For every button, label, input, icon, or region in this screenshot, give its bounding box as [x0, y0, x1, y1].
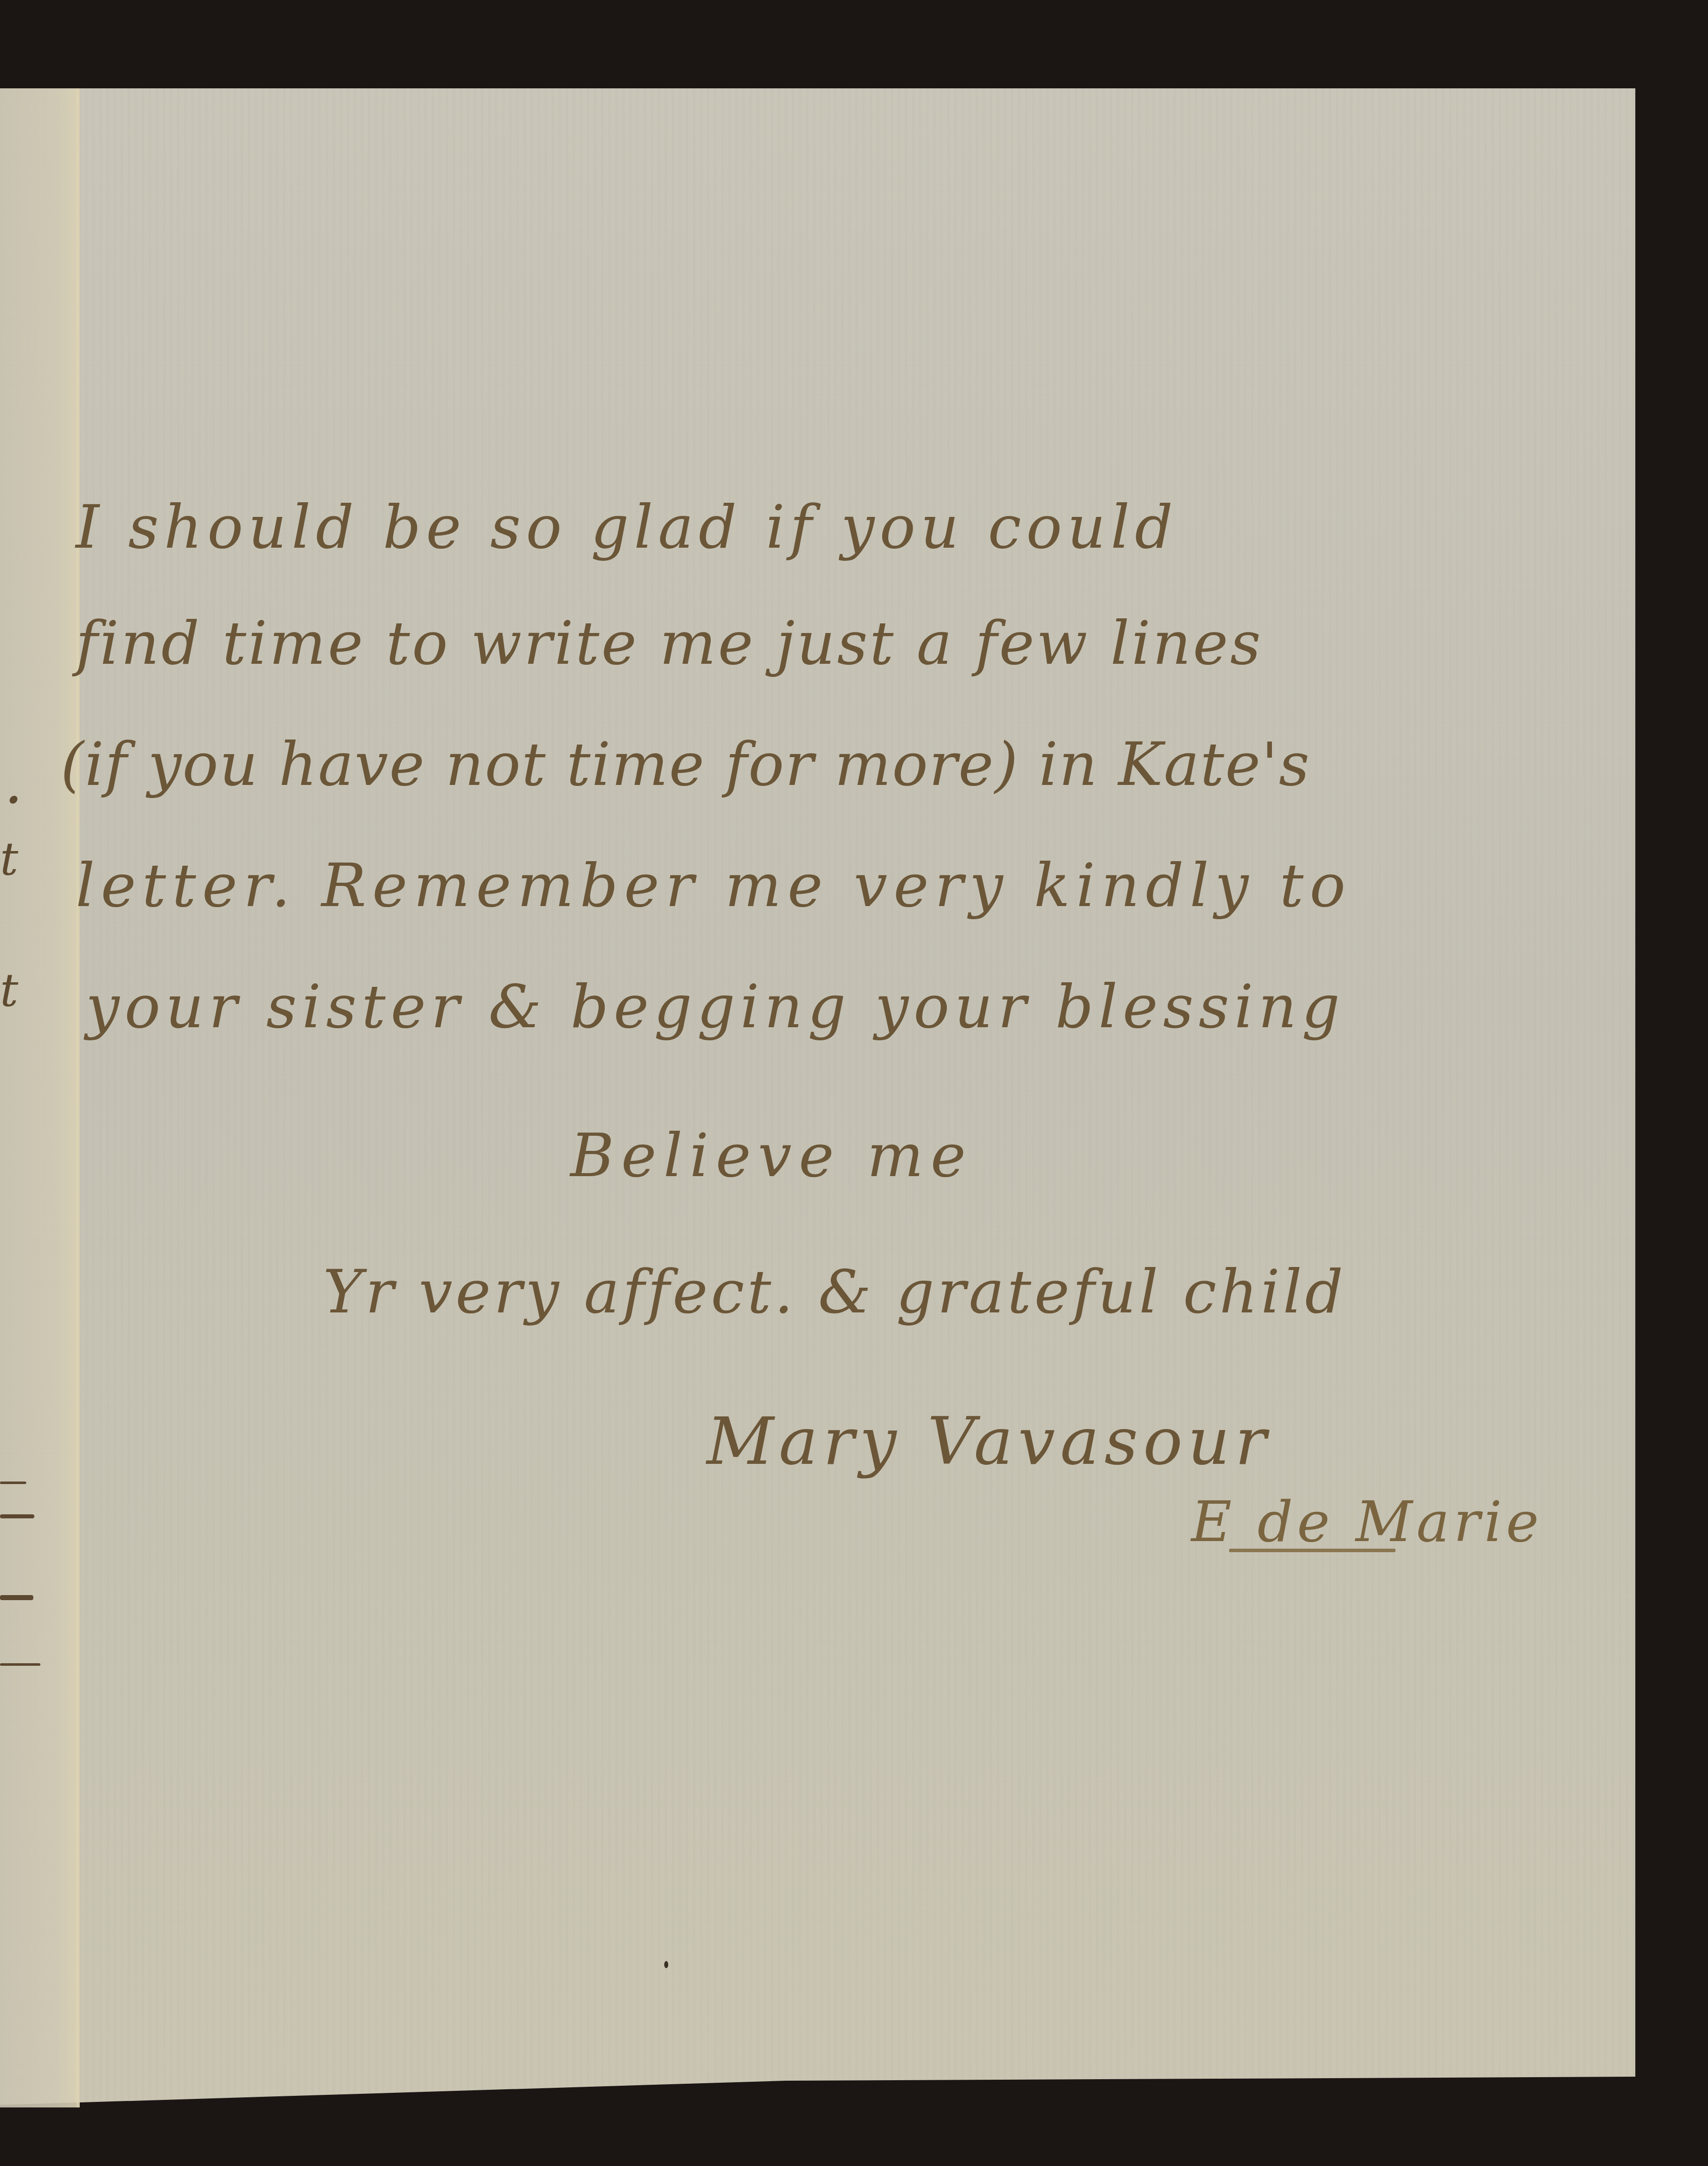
letter-line-5: your sister & begging your blessing: [86, 977, 1345, 1036]
letter-line-1: I should be so glad if you could: [76, 497, 1178, 557]
letter-line-4: letter. Remember me very kindly to: [76, 856, 1352, 915]
margin-stroke: [0, 1514, 34, 1518]
letter-body: . t t I should be so glad if you could f…: [0, 0, 1635, 2166]
docket-annotation: E de Marie: [1191, 1494, 1543, 1550]
margin-stroke: [0, 1482, 26, 1484]
signature: Mary Vavasour: [707, 1408, 1271, 1474]
docket-underline: [1229, 1549, 1396, 1552]
margin-stroke: [0, 1663, 40, 1666]
letter-line-2: find time to write me just a few lines: [76, 613, 1263, 673]
valediction-line: Yr very affect. & grateful child: [323, 1262, 1346, 1322]
margin-fragment: t: [0, 964, 18, 1017]
letter-line-3: (if you have not time for more) in Kate'…: [61, 734, 1310, 794]
ink-speck: [664, 1961, 668, 1968]
margin-fragment: .: [4, 747, 23, 817]
closing-line: Believe me: [570, 1126, 973, 1185]
margin-fragment: t: [0, 833, 18, 886]
margin-stroke: [0, 1595, 33, 1600]
